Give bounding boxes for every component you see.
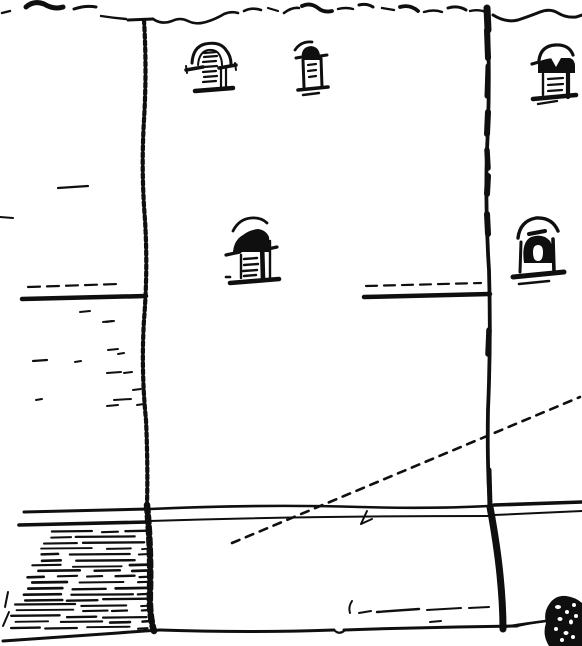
window-niche-upper-1 — [186, 43, 236, 91]
shrub-speckle — [565, 610, 569, 614]
window-niches — [186, 42, 576, 284]
hatched-base-block — [11, 531, 152, 629]
shrub-speckle — [571, 635, 575, 639]
facade-engraving-figure — [0, 0, 582, 646]
shrub-speckle — [569, 620, 573, 625]
window-niche-middle-2 — [513, 218, 564, 284]
shrub-speckle — [560, 638, 564, 642]
broken-top-edge-line — [2, 3, 582, 24]
shrub-speckle — [572, 603, 576, 607]
shrub-speckle — [554, 627, 558, 631]
shrub-speckle — [558, 617, 563, 621]
left-corner-dotted-line — [143, 20, 154, 631]
window-niche-upper-3 — [532, 45, 576, 104]
shrub-speckle — [574, 614, 578, 618]
string-course-ledges — [22, 283, 490, 322]
engraving-page — [0, 0, 582, 646]
facade-drawing — [0, 0, 582, 646]
left-edge-ticks — [3, 592, 9, 626]
right-corner-line — [486, 8, 503, 629]
shrub-speckle — [555, 605, 561, 609]
window-niche-middle-1 — [226, 218, 279, 283]
diagonal-dashed-line — [232, 397, 580, 543]
shrub-speckle — [564, 631, 569, 635]
window-niche-upper-2 — [295, 42, 328, 95]
shrub-blob — [504, 596, 582, 646]
